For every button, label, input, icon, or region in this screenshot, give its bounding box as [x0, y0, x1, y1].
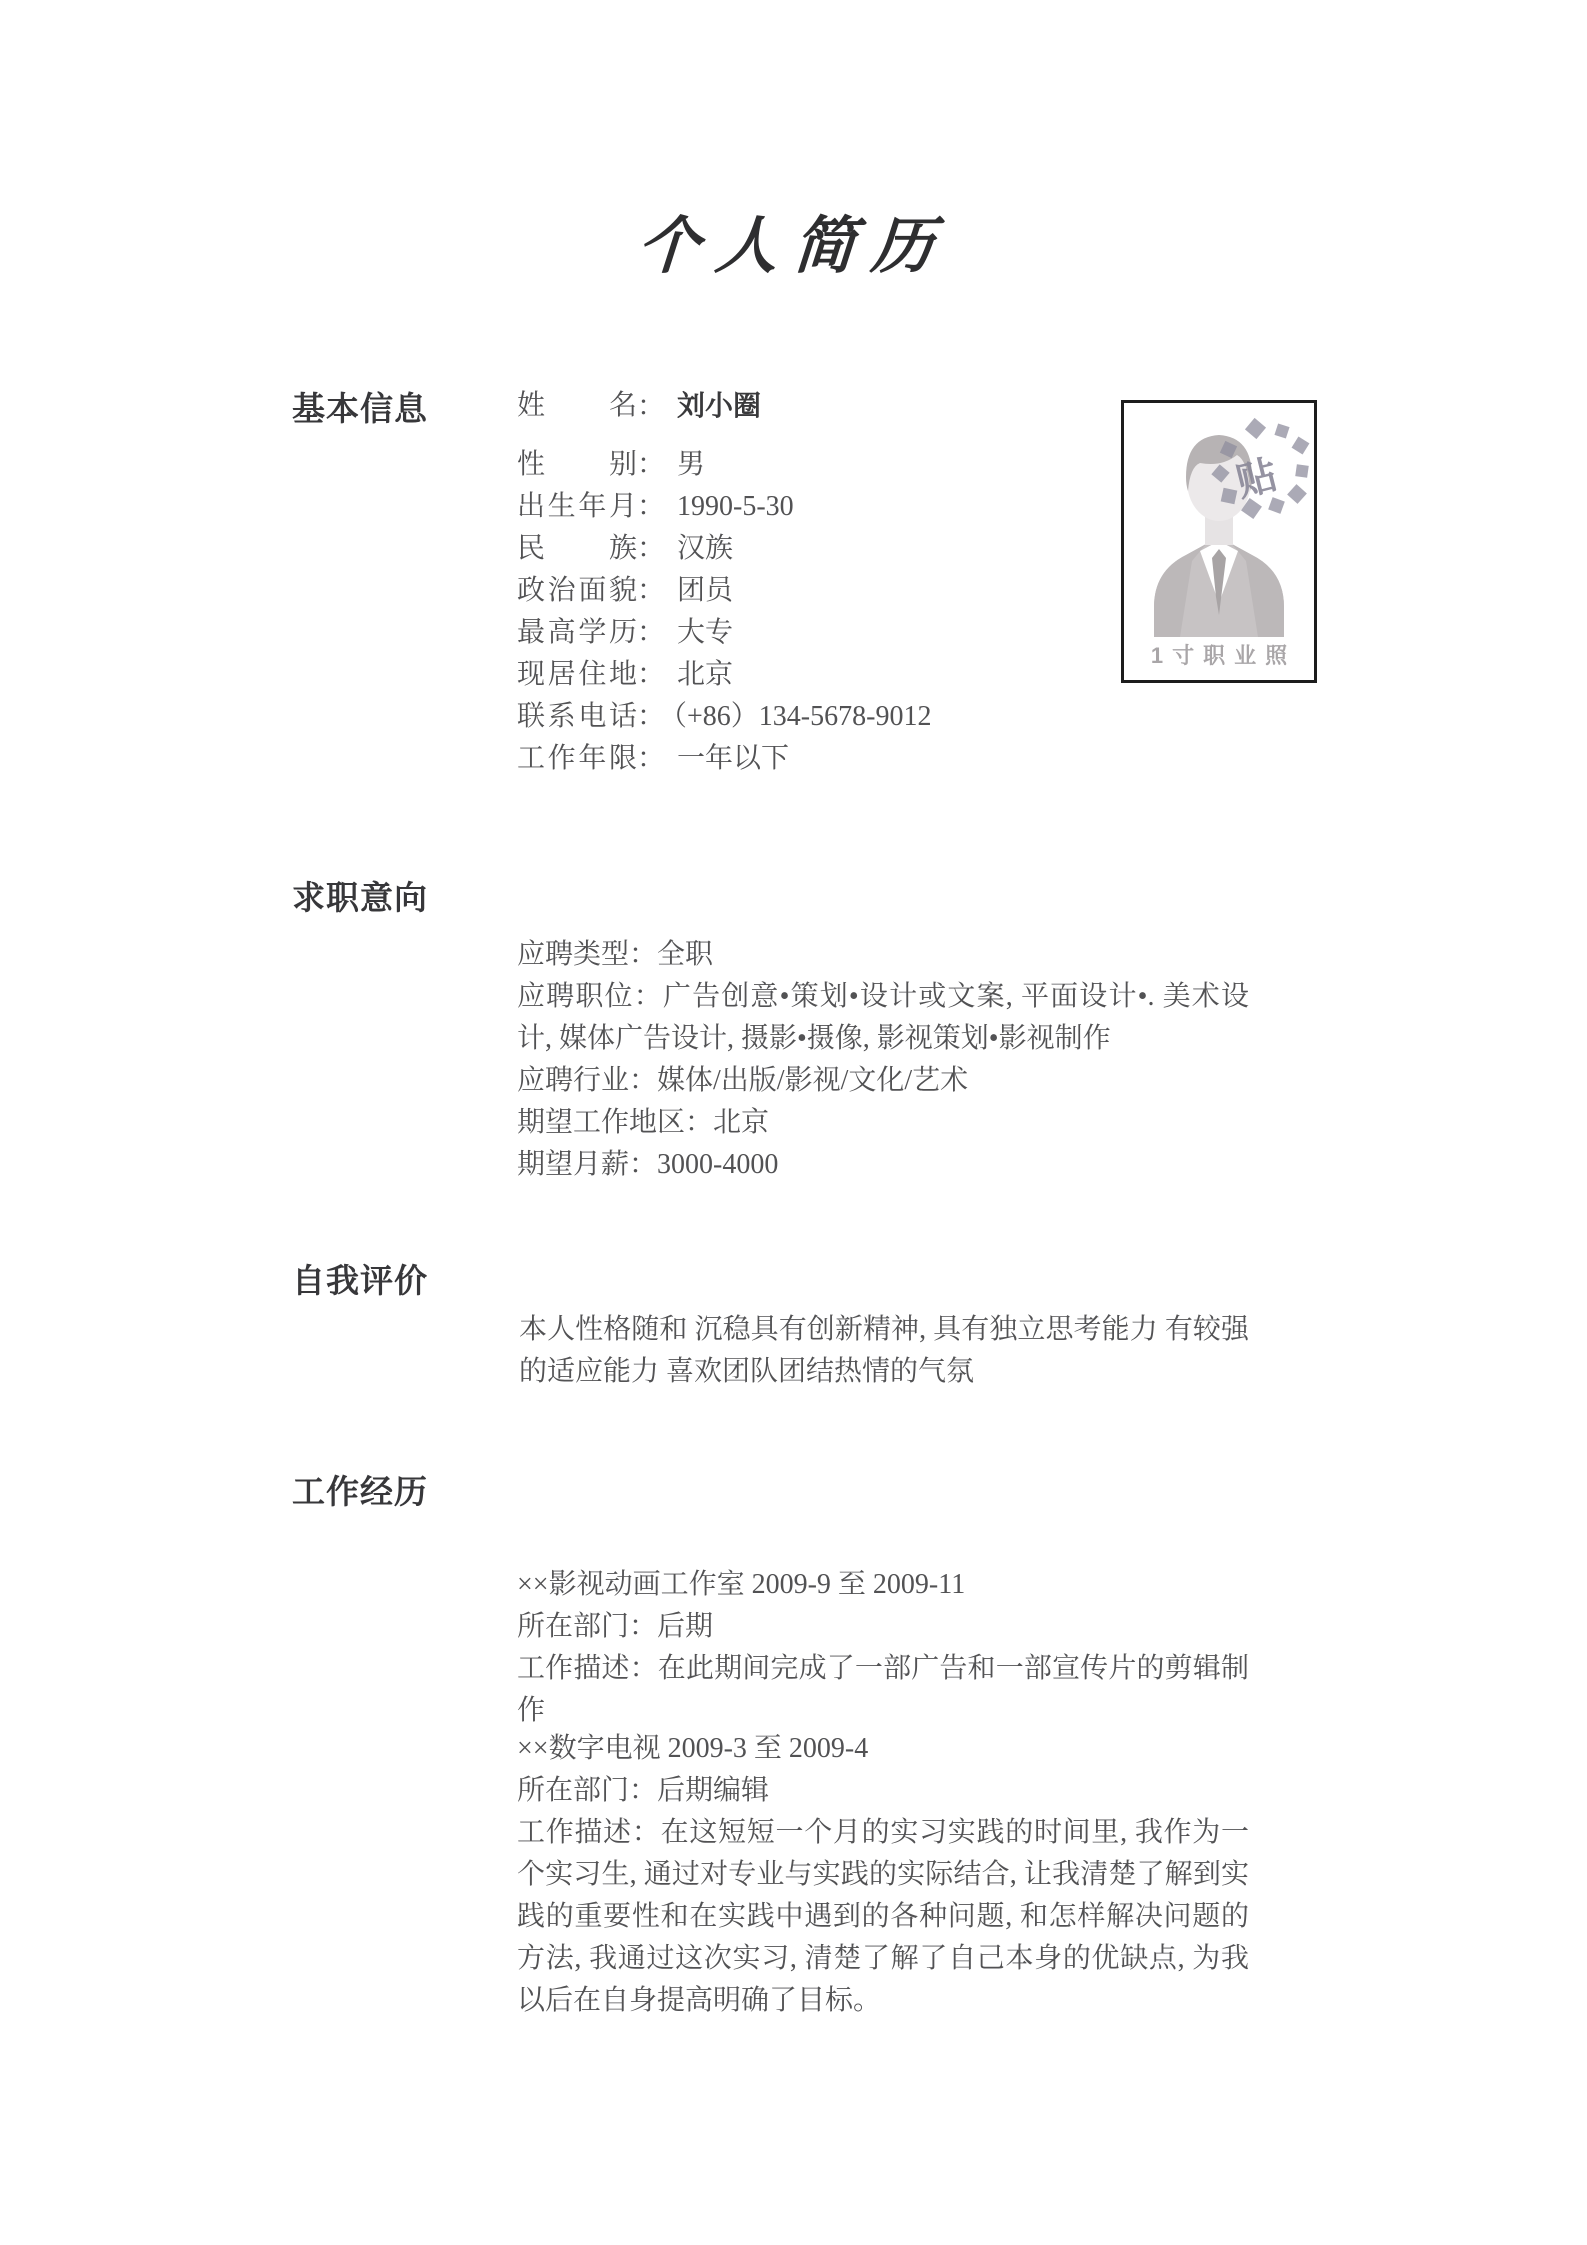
field-value: 大专 [677, 617, 733, 648]
experience-title: ××影视动画工作室 2009-9 至 2009-11 [517, 1564, 1249, 1606]
id-photo-frame: 贴 1寸职业照 [1124, 403, 1314, 680]
section-heading-work-experience: 工作经历 [292, 1473, 428, 1511]
field-label: 性别 [517, 444, 637, 486]
field-row-education: 最高学历：大专 [517, 612, 1137, 654]
field-label: 最高学历 [517, 612, 637, 654]
section-heading-self-evaluation: 自我评价 [292, 1262, 428, 1300]
field-colon: ： [637, 612, 665, 654]
field-label: 应聘类型： [517, 939, 657, 970]
field-colon: ： [637, 738, 665, 780]
experience-item: ××影视动画工作室 2009-9 至 2009-11 所在部门：后期 工作描述：… [517, 1564, 1249, 1732]
field-value: 北京 [713, 1107, 769, 1138]
field-value: 后期 [657, 1611, 713, 1642]
field-label: 期望月薪： [517, 1149, 657, 1180]
intention-row-type: 应聘类型：全职 [517, 934, 1249, 976]
intention-row-position: 应聘职位：广告创意•策划•设计或文案, 平面设计•. 美术设计, 媒体广告设计,… [517, 976, 1249, 1060]
intention-row-location: 期望工作地区：北京 [517, 1102, 1249, 1144]
sticker-stamp: 贴 [1214, 421, 1306, 517]
field-value: 媒体/出版/影视/文化/艺术 [657, 1065, 968, 1096]
photo-caption: 1寸职业照 [1124, 639, 1314, 670]
field-label: 现居住地 [517, 654, 637, 696]
field-label: 所在部门： [517, 1611, 657, 1642]
field-value: 后期编辑 [657, 1775, 769, 1806]
job-intention-fields: 应聘类型：全职 应聘职位：广告创意•策划•设计或文案, 平面设计•. 美术设计,… [517, 934, 1249, 1186]
field-label: 应聘职位： [517, 981, 663, 1012]
field-row-phone: 联系电话：（+86）134-5678-9012 [517, 696, 1137, 738]
field-row-gender: 性别：男 [517, 444, 1137, 486]
field-value-phone: （+86）134-5678-9012 [659, 701, 931, 732]
field-value-name: 刘小圈 [677, 390, 761, 421]
field-row-political: 政治面貌：团员 [517, 570, 1137, 612]
field-label: 工作描述： [517, 1653, 658, 1684]
basic-info-fields: 姓名：刘小圈 性别：男 出生年月：1990-5-30 民族：汉族 政治面貌：团员… [517, 385, 1137, 780]
experience-item: ××数字电视 2009-3 至 2009-4 所在部门：后期编辑 工作描述：在这… [517, 1728, 1249, 2022]
page-title: 个人简历 [0, 203, 1587, 289]
experience-department-row: 所在部门：后期 [517, 1606, 1249, 1648]
field-label: 应聘行业： [517, 1065, 657, 1096]
field-value: 1990-5-30 [677, 491, 794, 522]
field-colon: ： [637, 528, 665, 570]
field-label: 姓名 [517, 385, 637, 427]
field-colon: ： [637, 486, 665, 528]
field-colon: ： [637, 386, 665, 428]
field-label: 民族 [517, 528, 637, 570]
field-value: 全职 [657, 939, 713, 970]
field-value: 男 [677, 449, 705, 480]
field-label: 工作年限 [517, 738, 637, 780]
stamp-character: 贴 [1230, 443, 1283, 508]
id-photo-placeholder: 贴 1寸职业照 [1121, 400, 1317, 683]
section-heading-basic-info: 基本信息 [292, 390, 428, 428]
intention-row-salary: 期望月薪：3000-4000 [517, 1144, 1249, 1186]
field-value: 3000-4000 [657, 1149, 778, 1180]
intention-row-industry: 应聘行业：媒体/出版/影视/文化/艺术 [517, 1060, 1249, 1102]
field-row-name: 姓名：刘小圈 [517, 385, 1137, 428]
field-value: 一年以下 [677, 743, 789, 774]
experience-description-row: 工作描述：在这短短一个月的实习实践的时间里, 我作为一个实习生, 通过对专业与实… [517, 1812, 1249, 2022]
field-label: 期望工作地区： [517, 1107, 713, 1138]
experience-title: ××数字电视 2009-3 至 2009-4 [517, 1728, 1249, 1770]
section-heading-job-intention: 求职意向 [292, 879, 428, 917]
field-row-ethnicity: 民族：汉族 [517, 528, 1137, 570]
field-colon: ： [637, 570, 665, 612]
field-value: 团员 [677, 575, 733, 606]
field-label: 出生年月 [517, 486, 637, 528]
field-label: 所在部门： [517, 1775, 657, 1806]
experience-description-row: 工作描述：在此期间完成了一部广告和一部宣传片的剪辑制作 [517, 1648, 1249, 1732]
field-colon: ： [637, 654, 665, 696]
resume-page: 个人简历 基本信息 姓名：刘小圈 性别：男 出生年月：1990-5-30 民族：… [0, 0, 1587, 2245]
self-evaluation-text: 本人性格随和 沉稳具有创新精神, 具有独立思考能力 有较强的适应能力 喜欢团队团… [519, 1309, 1249, 1393]
field-row-birth: 出生年月：1990-5-30 [517, 486, 1137, 528]
field-row-experience-years: 工作年限：一年以下 [517, 738, 1137, 780]
field-label: 联系电话 [517, 696, 637, 738]
field-value: 北京 [677, 659, 733, 690]
experience-department-row: 所在部门：后期编辑 [517, 1770, 1249, 1812]
field-value: 汉族 [677, 533, 733, 564]
field-row-residence: 现居住地：北京 [517, 654, 1137, 696]
field-label: 工作描述： [517, 1817, 661, 1848]
field-label: 政治面貌 [517, 570, 637, 612]
field-colon: ： [637, 444, 665, 486]
